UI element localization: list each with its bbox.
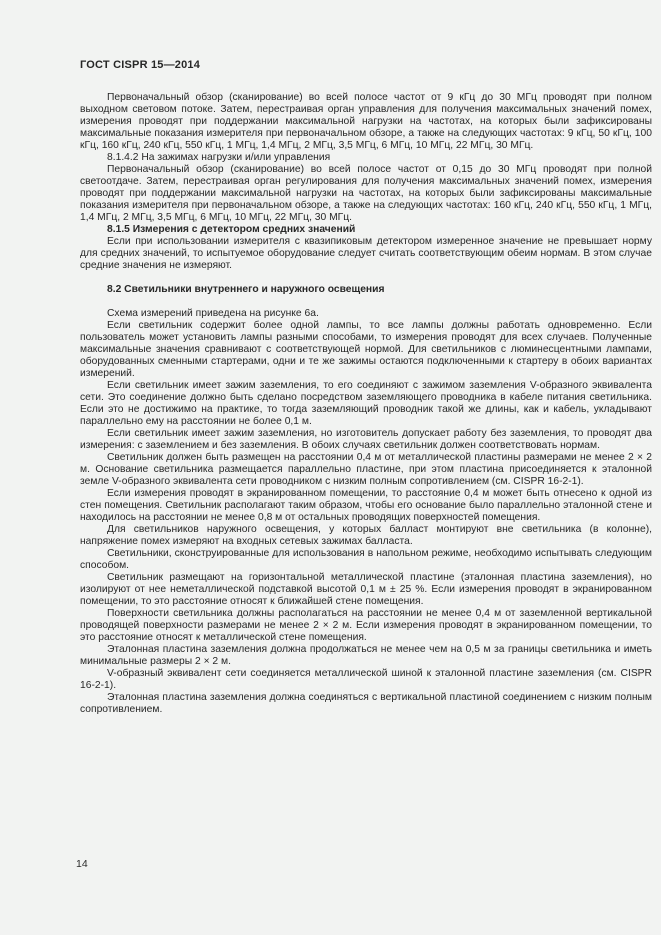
paragraph: Светильник должен быть размещен на расст… — [80, 452, 652, 488]
paragraph: V-образный эквивалент сети соединяется м… — [80, 668, 652, 692]
subclause-heading: 8.1.4.2 На зажимах нагрузки и/или управл… — [80, 152, 652, 164]
paragraph: Первоначальный обзор (сканирование) во в… — [80, 164, 652, 224]
document-page: ГОСТ CISPR 15—2014 Первоначальный обзор … — [0, 0, 661, 935]
page-number: 14 — [76, 858, 88, 870]
paragraph: Светильник размещают на горизонтальной м… — [80, 572, 652, 608]
clause-heading: 8.1.5 Измерения с детектором средних зна… — [80, 224, 652, 236]
paragraph: Если светильник имеет зажим заземления, … — [80, 380, 652, 428]
paragraph: Если измерения проводят в экранированном… — [80, 488, 652, 524]
document-body: Первоначальный обзор (сканирование) во в… — [80, 92, 652, 716]
paragraph: Поверхности светильника должны располага… — [80, 608, 652, 644]
paragraph: Эталонная пластина заземления должна про… — [80, 644, 652, 668]
paragraph: Если светильник имеет зажим заземления, … — [80, 428, 652, 452]
paragraph: Для светильников наружного освещения, у … — [80, 524, 652, 548]
paragraph: Если при использовании измерителя с кваз… — [80, 236, 652, 272]
paragraph: Схема измерений приведена на рисунке 6а. — [80, 308, 652, 320]
document-header: ГОСТ CISPR 15—2014 — [80, 59, 200, 71]
paragraph: Первоначальный обзор (сканирование) во в… — [80, 92, 652, 152]
section-heading: 8.2 Светильники внутреннего и наружного … — [80, 284, 652, 296]
paragraph: Светильники, сконструированные для испол… — [80, 548, 652, 572]
paragraph: Если светильник содержит более одной лам… — [80, 320, 652, 380]
paragraph: Эталонная пластина заземления должна сое… — [80, 692, 652, 716]
